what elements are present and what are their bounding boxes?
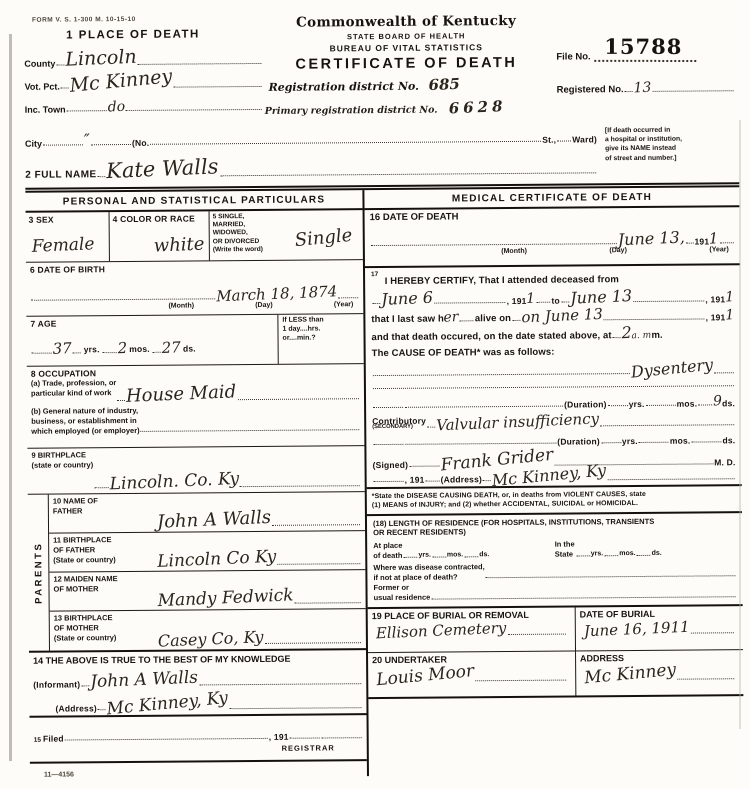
- duration-days-value: 9: [713, 394, 723, 408]
- duration-label: (Duration): [557, 436, 600, 446]
- header-right: File No. 15788 Registered No. 13: [550, 11, 739, 114]
- filed-item-number: 15: [34, 737, 41, 744]
- mother-birthplace-value: Casey Co, Ky: [158, 629, 264, 649]
- city-field: City ″ (No. St., Ward): [25, 122, 597, 148]
- mos-label: mos.: [670, 436, 691, 446]
- residence-at-place: At place of death yrs. mos. ds.: [373, 540, 555, 561]
- yrs-label: yrs.: [84, 344, 100, 354]
- filed-label: Filed: [43, 734, 64, 744]
- date-of-death-field: 16 DATE OF DEATH June 13, 191 1 (Month) …: [365, 207, 740, 268]
- birthplace-field: 9 BIRTHPLACE (state or country) Lincoln.…: [27, 446, 364, 495]
- header-left: FORM V. S. 1-300 M. 10-15-10 1 PLACE OF …: [24, 15, 263, 119]
- year-sublabel: (Year): [334, 301, 354, 308]
- cause-of-death-line: Dysentery: [372, 358, 735, 379]
- date-of-death-value: June 13,: [617, 229, 685, 248]
- ds-label: ds.: [722, 398, 735, 408]
- from-year-handwritten: 1: [526, 292, 536, 306]
- father-name-value: John A Walls: [157, 509, 272, 532]
- filed-row: 15 Filed , 191 REGISTRAR: [30, 715, 367, 764]
- residence-title: (18) LENGTH OF RESIDENCE (FOR HOSPITALS,…: [373, 516, 736, 539]
- state-board-title: STATE BOARD OF HEALTH: [262, 31, 550, 42]
- color-race-value: white: [154, 236, 205, 256]
- certify-item-number: 17: [371, 271, 378, 278]
- to-year-printed: , 191: [705, 294, 725, 304]
- age-label: 7 AGE: [30, 317, 273, 329]
- burial-row: 19 PLACE OF BURIAL OR REMOVAL Ellison Ce…: [368, 606, 743, 653]
- certificate-body: PERSONAL AND STATISTICAL PARTICULARS 3 S…: [25, 187, 744, 779]
- physician-address-label: (Address): [441, 474, 483, 484]
- date-of-burial-field: DATE OF BURIAL June 16, 1911: [576, 606, 743, 650]
- informant-value: John A Walls: [90, 670, 198, 692]
- registrar-label: REGISTRAR: [34, 743, 335, 754]
- file-no-field: File No. 15788: [556, 33, 734, 62]
- full-name-value: Kate Walls: [106, 156, 219, 182]
- parents-label: PARENTS: [33, 542, 44, 604]
- place-of-burial-value: Ellison Cemetery: [376, 621, 507, 642]
- duration-line-1: (Duration) yrs. mos. 9 ds.: [366, 391, 741, 411]
- registered-no-label: Registered No.: [557, 84, 624, 96]
- residence-block: (18) LENGTH OF RESIDENCE (FOR HOSPITALS,…: [367, 513, 743, 609]
- mother-maiden-name-field: 12 MAIDEN NAME OF MOTHER Mandy Fedwick: [49, 570, 365, 611]
- place-of-burial-label: 19 PLACE OF BURIAL OR REMOVAL: [372, 609, 571, 621]
- certificate-header: FORM V. S. 1-300 M. 10-15-10 1 PLACE OF …: [24, 11, 739, 119]
- undertaker-value: Louis Moor: [376, 663, 475, 689]
- file-no-value: 15788: [595, 34, 697, 62]
- color-race-field: 4 COLOR OR RACE white: [110, 211, 210, 261]
- voting-precinct-field: Vot. Pct. Mc Kinney: [24, 67, 262, 92]
- yrs-label: yrs.: [622, 436, 638, 446]
- form-number: 11—4156: [44, 769, 367, 779]
- death-time-ampm: a. m: [632, 332, 652, 342]
- age-field: 7 AGE 37 yrs. 2 mos. 27 ds.: [26, 315, 277, 366]
- hospital-note: [If death occurred in a hospital or inst…: [605, 121, 739, 176]
- full-name-field: 2 FULL NAME Kate Walls: [25, 146, 597, 180]
- cause-footnote: *State the DISEASE CAUSING DEATH, or, in…: [367, 486, 742, 516]
- attended-from-value: June 6: [381, 290, 433, 308]
- certificate-title: CERTIFICATE OF DEATH: [262, 55, 550, 73]
- attended-to-value: June 13: [570, 288, 633, 307]
- filed-year-printed: , 191: [269, 732, 289, 742]
- parents-block: PARENTS 10 NAME OF FATHER John A Walls 1…: [28, 492, 366, 653]
- mother-birthplace-label: 13 BIRTHPLACE OF MOTHER (State or countr…: [54, 613, 158, 643]
- informant-block: 14 THE ABOVE IS TRUE TO THE BEST OF MY K…: [29, 650, 367, 718]
- at-place-label: At place of death: [373, 541, 402, 561]
- ward-label: Ward): [572, 134, 597, 144]
- parents-rail: PARENTS: [28, 495, 50, 651]
- yrs-label: yrs.: [629, 399, 645, 409]
- city-value: ″: [84, 132, 91, 148]
- mother-maiden-name-value: Mandy Fedwick: [157, 587, 294, 610]
- certification-block: 17 I HEREBY CERTIFY, That I attended dec…: [365, 265, 741, 394]
- date-of-burial-label: DATE OF BURIAL: [580, 608, 739, 619]
- county-label: County: [24, 59, 55, 69]
- mos-label: mos.: [129, 344, 150, 354]
- signed-label: (Signed): [373, 460, 409, 470]
- inc-town-label: Inc. Town: [25, 104, 66, 114]
- county-field: County Lincoln: [24, 44, 262, 69]
- primary-district-label: Primary registration district No.: [265, 105, 438, 117]
- date-of-birth-field: 6 DATE OF BIRTH March 18, 1874 (Month) (…: [26, 260, 363, 317]
- undertaker-address-value: Mc Kinney: [583, 662, 676, 688]
- former-residence-field: Former or usual residence: [373, 581, 736, 603]
- header-center: Commonwealth of Kentucky STATE BOARD OF …: [262, 13, 551, 117]
- registered-no-field: Registered No. 13: [557, 76, 735, 95]
- bureau-title: BUREAU OF VITAL STATISTICS: [262, 42, 550, 54]
- md-label: M. D.: [714, 457, 735, 467]
- alive-on-value: on June 13: [521, 307, 603, 325]
- informant-address-value: Mc Kinney, Ky: [106, 690, 229, 718]
- date-of-burial-value: June 16, 1911: [583, 620, 689, 640]
- primary-district-field: Primary registration district No. 6628: [265, 100, 551, 117]
- registration-district-label: Registration district No.: [269, 80, 419, 94]
- to-year-handwritten: 1: [725, 290, 735, 304]
- color-race-label: 4 COLOR OR RACE: [113, 213, 206, 224]
- alive-on-label: alive on: [475, 313, 511, 324]
- vot-pct-label: Vot. Pct.: [25, 82, 60, 92]
- former-residence-label: Former or usual residence: [373, 583, 430, 603]
- disease-contracted-field: Where was disease contracted, if not at …: [373, 560, 736, 582]
- occupation-field: 8 OCCUPATION (a) Trade, profession, or p…: [27, 364, 365, 449]
- sex-race-marital-row: 3 SEX Female 4 COLOR OR RACE white 5 SIN…: [26, 210, 363, 263]
- alive-year-handwritten: 1: [725, 308, 735, 322]
- street-no-label: (No.: [132, 138, 149, 148]
- age-row: 7 AGE 37 yrs. 2 mos. 27 ds. If LESS t: [26, 314, 363, 367]
- place-of-burial-field: 19 PLACE OF BURIAL OR REMOVAL Ellison Ce…: [368, 607, 576, 652]
- place-of-death-heading: 1 PLACE OF DEATH: [66, 28, 262, 42]
- dod-year-printed: 191: [694, 236, 709, 246]
- undertaker-field: 20 UNDERTAKER Louis Moor: [368, 651, 576, 697]
- form-code: FORM V. S. 1-300 M. 10-15-10: [32, 15, 262, 24]
- mother-maiden-name-label: 12 MAIDEN NAME OF MOTHER: [53, 574, 157, 594]
- age-days-value: 27: [162, 340, 182, 356]
- personal-section-title: PERSONAL AND STATISTICAL PARTICULARS: [25, 190, 362, 213]
- mos-label: mos.: [677, 399, 698, 409]
- primary-district-value: 6628: [449, 99, 507, 116]
- dod-year-handwritten: 1: [709, 231, 719, 246]
- last-saw-prefix: that I last saw h: [371, 314, 444, 326]
- month-sublabel: (Month): [168, 302, 194, 309]
- registered-no-value: 13: [633, 81, 651, 96]
- birthplace-label: 9 BIRTHPLACE (state or country): [31, 450, 93, 470]
- disease-contracted-label: Where was disease contracted, if not at …: [373, 562, 484, 582]
- personal-column: PERSONAL AND STATISTICAL PARTICULARS 3 S…: [25, 190, 367, 779]
- date-of-birth-label: 6 DATE OF BIRTH: [30, 262, 359, 275]
- file-no-label: File No.: [556, 51, 590, 62]
- full-name-label: 2 FULL NAME: [25, 169, 97, 181]
- informant-address-label: (Address): [55, 703, 97, 713]
- marital-status-field: 5 SINGLE, MARRIED, WIDOWED, OR DIVORCED …: [210, 210, 363, 260]
- secondary-label: (SECONDARY): [372, 425, 426, 431]
- birthplace-value: Lincoln. Co. Ky: [109, 471, 239, 494]
- father-birthplace-field: 11 BIRTHPLACE OF FATHER (State or countr…: [49, 531, 365, 572]
- father-name-label: 10 NAME OF FATHER: [53, 496, 157, 516]
- m-label: m.: [651, 330, 662, 341]
- street-label: St.,: [542, 135, 556, 145]
- undertaker-row: 20 UNDERTAKER Louis Moor ADDRESS Mc Kinn…: [368, 650, 743, 699]
- occupation-b-label: (b) General nature of industry, business…: [31, 406, 140, 436]
- duration-label: (Duration): [564, 399, 607, 409]
- from-year-printed: , 191: [507, 296, 527, 306]
- occupation-a-label: (a) Trade, profession, or particular kin…: [31, 378, 117, 398]
- informant-field: (Informant) John A Walls: [33, 663, 362, 690]
- age-months-value: 2: [117, 341, 127, 356]
- informant-label: (Informant): [33, 679, 80, 689]
- registration-district-value: 685: [428, 77, 460, 93]
- last-saw-handwritten: er: [444, 310, 460, 325]
- certify-text: I HEREBY CERTIFY, That I attended deceas…: [385, 274, 619, 287]
- father-birthplace-value: Lincoln Co Ky: [157, 549, 277, 571]
- sex-label: 3 SEX: [29, 214, 106, 225]
- duration-line-2: (Duration) yrs. mos. ds.: [366, 428, 741, 448]
- alive-year-printed: , 191: [706, 312, 726, 322]
- sex-value: Female: [31, 236, 94, 256]
- inc-town-field: Inc. Town do: [25, 90, 263, 115]
- father-birthplace-label: 11 BIRTHPLACE OF FATHER (State or countr…: [53, 535, 157, 565]
- mother-birthplace-field: 13 BIRTHPLACE OF MOTHER (State or countr…: [50, 609, 366, 650]
- registration-district-field: Registration district No. 685: [269, 77, 551, 94]
- father-name-field: 10 NAME OF FATHER John A Walls: [49, 492, 365, 533]
- commonwealth-title: Commonwealth of Kentucky: [262, 13, 550, 31]
- city-and-name-block: City ″ (No. St., Ward) 2 FULL NAME Kate …: [25, 121, 739, 181]
- inc-town-value: do: [107, 100, 125, 115]
- undertaker-address-field: ADDRESS Mc Kinney: [576, 650, 743, 695]
- county-value: Lincoln: [65, 48, 137, 70]
- certificate: FORM V. S. 1-300 M. 10-15-10 1 PLACE OF …: [24, 11, 744, 779]
- occupation-a-value: House Maid: [126, 383, 237, 406]
- month-sublabel: (Month): [501, 248, 527, 255]
- age-years-value: 37: [52, 341, 72, 357]
- date-of-death-label: 16 DATE OF DEATH: [370, 209, 735, 223]
- city-label: City: [25, 139, 42, 149]
- residence-in-state: In the State yrs. mos. ds.: [555, 539, 737, 560]
- ds-label: ds.: [722, 435, 735, 445]
- to-label: to: [551, 296, 560, 306]
- in-state-label: In the State: [555, 540, 575, 560]
- address-year-printed: , 191: [405, 475, 425, 485]
- less-than-one-day-note: If LESS than 1 day....hrs. or....min.?: [277, 314, 363, 364]
- sex-field: 3 SEX Female: [26, 212, 110, 262]
- death-certificate-scan: FORM V. S. 1-300 M. 10-15-10 1 PLACE OF …: [0, 0, 750, 789]
- ds-label: ds.: [183, 343, 196, 353]
- medical-column: MEDICAL CERTIFICATE OF DEATH 16 DATE OF …: [362, 187, 744, 776]
- cause-of-death-label: The CAUSE OF DEATH* was as follows:: [372, 347, 555, 359]
